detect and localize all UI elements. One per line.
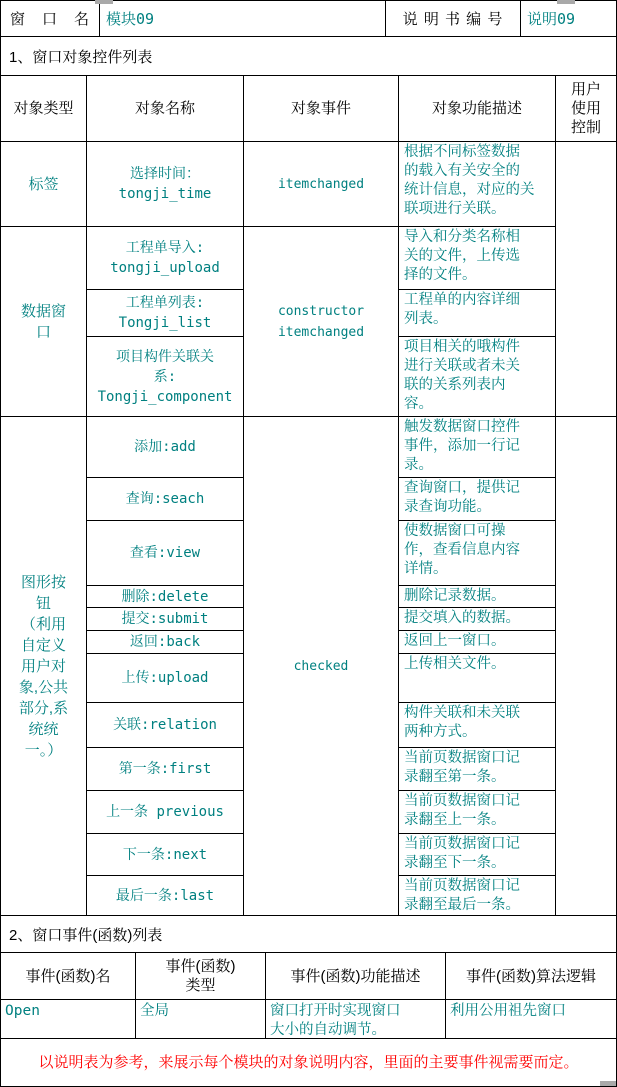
event-desc-cell: 窗口打开时实现窗口 大小的自动调节。 — [266, 1000, 445, 1038]
object-name-cell: 添加:add — [87, 417, 243, 477]
object-desc-cell: 工程单的内容详细 列表。 — [399, 290, 555, 336]
object-desc-cell: 上传相关文件。 — [399, 654, 555, 702]
header-object-desc: 对象功能描述 — [399, 76, 555, 141]
resize-handle-artifact — [557, 0, 575, 4]
object-name-cell: 上传:upload — [87, 654, 243, 702]
object-desc-cell: 返回上一窗口。 — [399, 631, 555, 653]
header-user-control: 用户 使用 控制 — [556, 76, 616, 141]
object-desc-cell: 当前页数据窗口记 录翻至最后一条。 — [399, 876, 555, 915]
section2-title: 2、窗口事件(函数)列表 — [1, 916, 616, 953]
section1-title: 1、窗口对象控件列表 — [1, 37, 616, 76]
reference-note: 以说明表为参考，来展示每个模块的对象说明内容，里面的主要事件视需要而定。 — [1, 1039, 616, 1083]
object-name-cell: 提交:submit — [87, 608, 243, 630]
user-control-cell-empty — [556, 142, 616, 416]
header-object-name: 对象名称 — [87, 76, 243, 141]
object-desc-cell: 构件关联和未关联 两种方式。 — [399, 703, 555, 747]
type-button-cell: 图形按 钮 （利用 自定义 用户对 象,公共 部分,系 统统 一。） — [1, 417, 86, 915]
object-name-cell: 工程单列表: Tongji_list — [87, 290, 243, 336]
window-name-label: 窗 口 名 — [1, 1, 99, 36]
title-row: 窗 口 名 模块09 说 明 书 编 号 说明09 — [1, 1, 616, 37]
object-control-table: 对象类型 对象名称 对象事件 对象功能描述 用户 使用 控制 标签 数据窗 口 … — [1, 76, 616, 916]
resize-handle-artifact — [600, 1081, 616, 1086]
type-datawindow-cell: 数据窗 口 — [1, 227, 86, 416]
spec-document: 窗 口 名 模块09 说 明 书 编 号 说明09 1、窗口对象控件列表 对象类… — [0, 0, 617, 1087]
object-name-cell: 下一条:next — [87, 834, 243, 875]
window-event-table: 事件(函数)名 事件(函数) 类型 事件(函数)功能描述 事件(函数)算法逻辑 … — [1, 953, 616, 1039]
object-desc-cell: 项目相关的哦构件 进行关联或者未关 联的关系列表内 容。 — [399, 337, 555, 416]
object-name-cell: 上一条 previous — [87, 791, 243, 833]
object-name-cell: 删除:delete — [87, 586, 243, 607]
header-object-event: 对象事件 — [244, 76, 398, 141]
doc-number-value: 说明09 — [521, 1, 616, 36]
object-name-cell: 第一条:first — [87, 748, 243, 790]
object-desc-cell: 根据不同标签数据 的载入有关安全的 统计信息，对应的关 联项进行关联。 — [399, 142, 555, 226]
object-name-cell: 项目构件关联关 系: Tongji_component — [87, 337, 243, 416]
object-desc-cell: 当前页数据窗口记 录翻至第一条。 — [399, 748, 555, 790]
event-name-cell: Open — [1, 1000, 135, 1038]
header-event-type: 事件(函数) 类型 — [136, 953, 265, 999]
event-type-cell: 全局 — [136, 1000, 265, 1038]
object-desc-cell: 查询窗口，提供记 录查询功能。 — [399, 478, 555, 520]
event-checked-cell: checked — [244, 417, 398, 915]
object-name-cell: 查询:seach — [87, 478, 243, 520]
object-desc-cell: 当前页数据窗口记 录翻至上一条。 — [399, 791, 555, 833]
object-desc-cell: 使数据窗口可操 作，查看信息内容 详情。 — [399, 521, 555, 585]
doc-number-label: 说 明 书 编 号 — [386, 1, 520, 36]
header-event-desc: 事件(函数)功能描述 — [266, 953, 445, 999]
type-label-cell: 标签 — [1, 142, 86, 226]
user-control-cell-empty — [556, 417, 616, 915]
event-constructor-cell: constructor itemchanged — [244, 227, 398, 416]
object-desc-cell: 触发数据窗口控件 事件，添加一行记 录。 — [399, 417, 555, 477]
resize-handle-artifact — [95, 0, 113, 4]
object-desc-cell: 导入和分类名称相 关的文件，上传选 择的文件。 — [399, 227, 555, 289]
header-event-logic: 事件(函数)算法逻辑 — [446, 953, 616, 999]
event-logic-cell: 利用公用祖先窗口 — [446, 1000, 616, 1038]
object-name-cell: 关联:relation — [87, 703, 243, 747]
header-object-type: 对象类型 — [1, 76, 86, 141]
object-name-cell: 选择时间： tongji_time — [87, 142, 243, 226]
object-desc-cell: 当前页数据窗口记 录翻至下一条。 — [399, 834, 555, 875]
object-desc-cell: 删除记录数据。 — [399, 586, 555, 607]
object-name-cell: 返回:back — [87, 631, 243, 653]
object-name-cell: 查看:view — [87, 521, 243, 585]
object-desc-cell: 提交填入的数据。 — [399, 608, 555, 630]
object-name-cell: 工程单导入: tongji_upload — [87, 227, 243, 289]
object-name-cell: 最后一条:last — [87, 876, 243, 915]
event-itemchanged-cell: itemchanged — [244, 142, 398, 226]
header-event-name: 事件(函数)名 — [1, 953, 135, 999]
window-name-value: 模块09 — [100, 1, 385, 36]
